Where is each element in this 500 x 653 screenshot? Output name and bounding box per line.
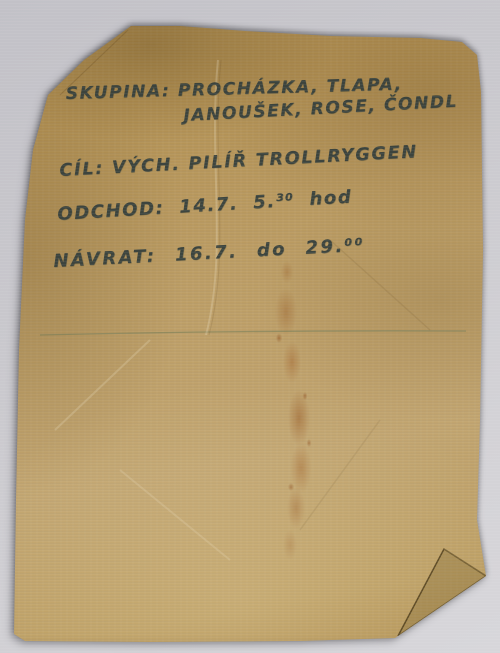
handwriting-line-navrat: NÁVRAT: 16.7. do 29.⁰⁰ bbox=[53, 235, 366, 272]
handwriting-block: SKUPINA: PROCHÁZKA, TLAPA, JANOUŠEK, ROS… bbox=[0, 0, 500, 653]
note-paper: SKUPINA: PROCHÁZKA, TLAPA, JANOUŠEK, ROS… bbox=[0, 0, 500, 653]
paper-shadow: SKUPINA: PROCHÁZKA, TLAPA, JANOUŠEK, ROS… bbox=[0, 0, 500, 653]
scanned-note-image: SKUPINA: PROCHÁZKA, TLAPA, JANOUŠEK, ROS… bbox=[0, 0, 500, 653]
handwriting-line-odchod: ODCHOD: 14.7. 5.³⁰ hod bbox=[57, 187, 353, 225]
handwriting-line-cil: CÍL: VÝCH. PILÍŘ TROLLRYGGEN bbox=[59, 142, 418, 181]
